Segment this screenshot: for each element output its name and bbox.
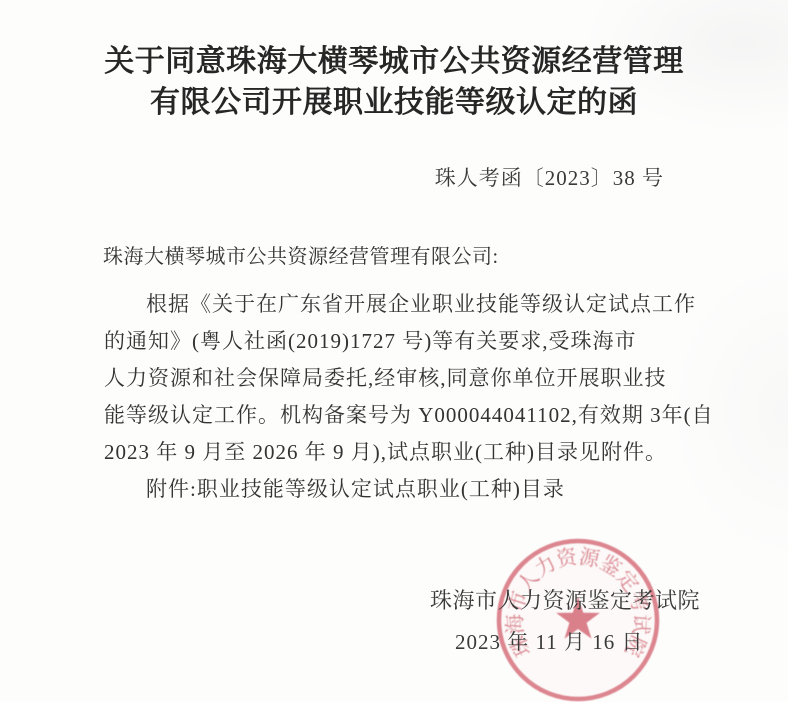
body-line: 能等级认定工作。机构备案号为 Y000044041102,有效期 3年(自	[104, 397, 694, 434]
document-number: 珠人考函〔2023〕38 号	[435, 162, 664, 192]
body-line: 2023 年 9 月至 2026 年 9 月),试点职业(工种)目录见附件。	[104, 434, 694, 471]
official-red-seal: 珠海市人力资源鉴定考试院	[494, 536, 662, 702]
title-line-1: 关于同意珠海大横琴城市公共资源经营管理	[0, 41, 788, 82]
issuer-signature: 珠海市人力资源鉴定考试院	[430, 584, 700, 615]
body-line: 人力资源和社会保障局委托,经审核,同意你单位开展职业技	[104, 360, 694, 397]
body-line: 根据《关于在广东省开展企业职业技能等级认定试点工作	[104, 286, 694, 323]
body-line: 的通知》(粤人社函(2019)1727 号)等有关要求,受珠海市	[104, 323, 694, 360]
body-text: 根据《关于在广东省开展企业职业技能等级认定试点工作 的通知》(粤人社函(2019…	[104, 286, 694, 508]
attachment-line: 附件:职业技能等级认定试点职业(工种)目录	[104, 471, 694, 508]
official-letter-page: 关于同意珠海大横琴城市公共资源经营管理 有限公司开展职业技能等级认定的函 珠人考…	[0, 0, 788, 702]
title-line-2: 有限公司开展职业技能等级认定的函	[0, 82, 788, 123]
addressee-line: 珠海大横琴城市公共资源经营管理有限公司:	[103, 240, 499, 269]
issue-date: 2023 年 11 月 16 日	[455, 626, 643, 656]
document-title: 关于同意珠海大横琴城市公共资源经营管理 有限公司开展职业技能等级认定的函	[0, 41, 788, 123]
